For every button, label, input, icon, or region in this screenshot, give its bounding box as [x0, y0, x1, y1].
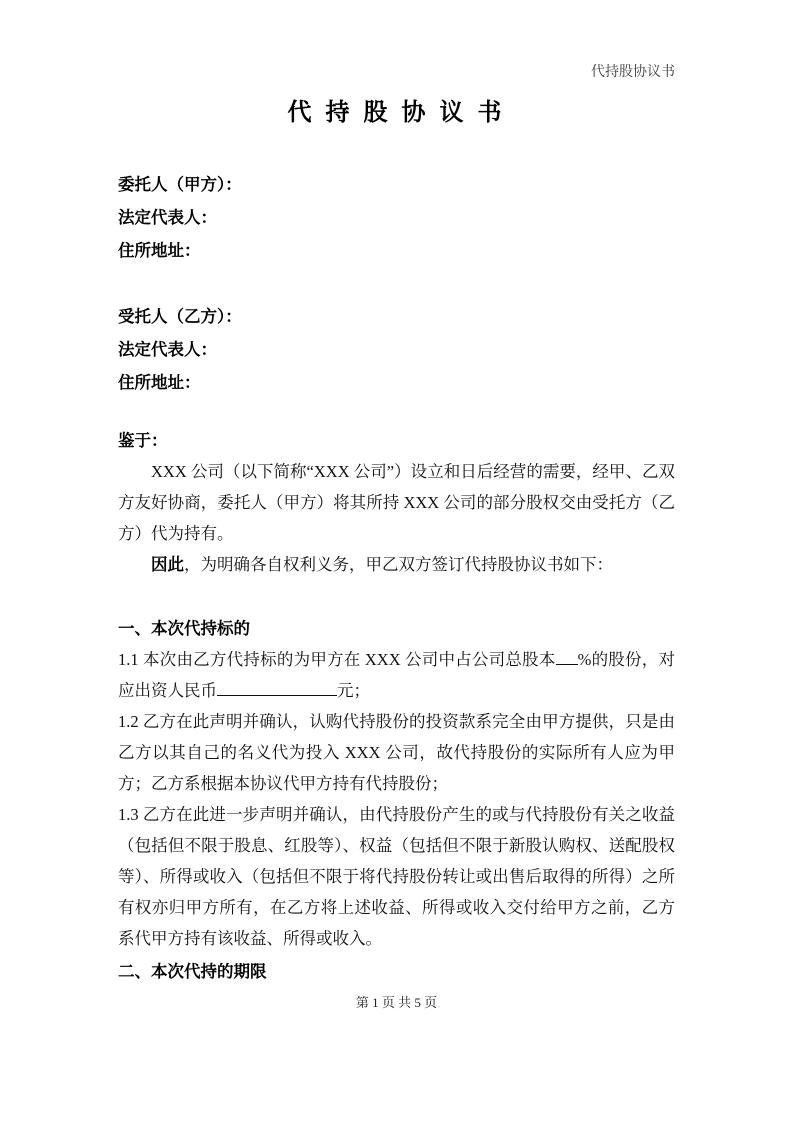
party-a-name-label: 委托人（甲方）： [118, 168, 675, 201]
therefore-rest: ，为明确各自权利义务，甲乙双方签订代持股协议书如下： [184, 555, 613, 574]
clause-1-1-text-before-percent: 1.1 本次由乙方代持标的为甲方在 XXX 公司中占公司总股本 [118, 650, 556, 669]
party-b-address-label: 住所地址： [118, 366, 675, 399]
clause-1-3: 1.3 乙方在此进一步声明并确认，由代持股份产生的或与代持股份有关之收益（包括但… [118, 799, 675, 954]
clause-1-2: 1.2 乙方在此声明并确认，认购代持股份的投资款系完全由甲方提供，只是由乙方以其… [118, 706, 675, 799]
section-2-heading: 二、本次代持的期限 [118, 956, 675, 987]
therefore-paragraph: 因此，为明确各自权利义务，甲乙双方签订代持股协议书如下： [118, 549, 675, 580]
page-number-footer: 第 1 页 共 5 页 [0, 992, 793, 1011]
party-b-block: 受托人（乙方）： 法定代表人： 住所地址： [118, 300, 675, 399]
clause-1-1: 1.1 本次由乙方代持标的为甲方在 XXX 公司中占公司总股本%的股份，对应出资… [118, 644, 675, 706]
document-title: 代 持 股 协 议 书 [118, 98, 675, 128]
party-b-legal-rep-label: 法定代表人： [118, 333, 675, 366]
therefore-lead: 因此 [151, 555, 184, 574]
running-header: 代持股协议书 [118, 64, 675, 82]
percent-blank-underline [556, 651, 578, 665]
clause-1-1-text-after-amount: 元； [337, 681, 370, 700]
amount-blank-underline [217, 682, 337, 696]
whereas-paragraph: XXX 公司（以下简称“XXX 公司”）设立和日后经营的需要，经甲、乙双方友好协… [118, 456, 675, 549]
section-1-heading: 一、本次代持标的 [118, 613, 675, 644]
party-a-address-label: 住所地址： [118, 234, 675, 267]
party-b-name-label: 受托人（乙方）： [118, 300, 675, 333]
whereas-heading: 鉴于： [118, 425, 675, 456]
party-a-legal-rep-label: 法定代表人： [118, 201, 675, 234]
party-a-block: 委托人（甲方）： 法定代表人： 住所地址： [118, 168, 675, 267]
document-page: 代持股协议书 代 持 股 协 议 书 委托人（甲方）： 法定代表人： 住所地址：… [0, 0, 793, 1122]
